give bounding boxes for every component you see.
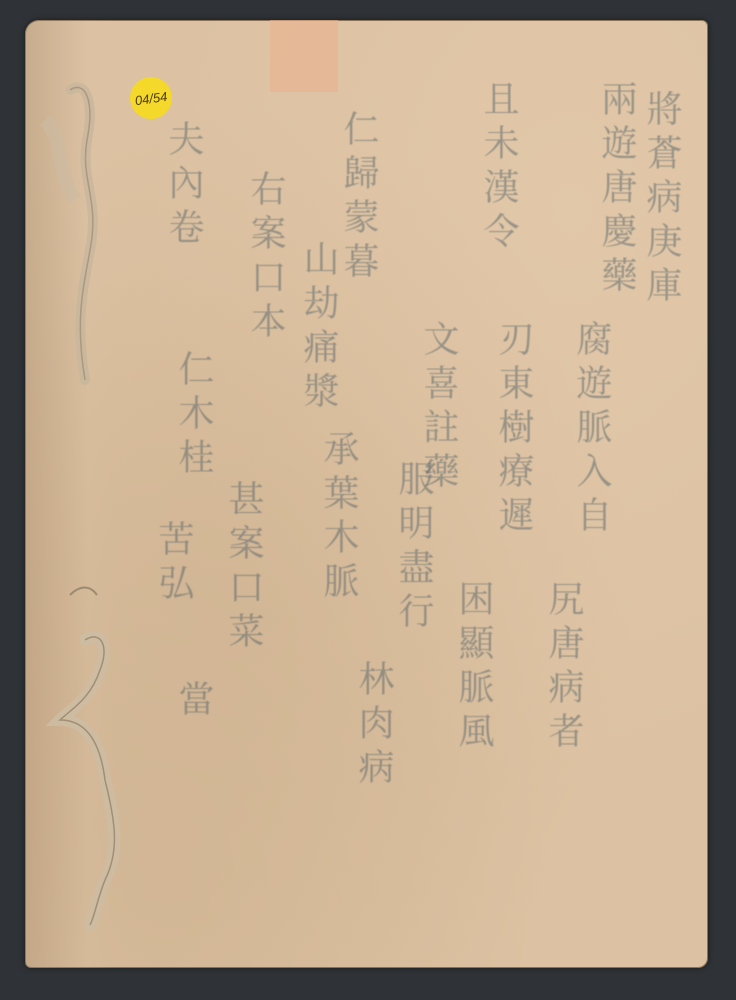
sticker-label: 04/54 — [134, 88, 168, 107]
handwritten-column: 山劫痛漿 — [300, 240, 336, 416]
handwritten-column: 困顯脈風 — [455, 580, 491, 756]
handwritten-column: 腐遊脈入自 — [573, 320, 609, 540]
handwritten-column: 兩遊唐慶藥 — [598, 80, 634, 300]
paper-twist-binding-icon — [25, 20, 175, 968]
handwritten-column: 仁歸蒙暮 — [340, 110, 376, 286]
handwritten-column: 林肉病 — [355, 660, 391, 792]
handwritten-column: 承葉木脈 — [320, 430, 356, 606]
handwritten-column: 服明盡行 — [395, 460, 431, 636]
handwritten-column: 甚案口菜 — [225, 480, 261, 656]
handwritten-column: 夫內卷 — [165, 120, 201, 252]
handwritten-column: 右案口本 — [247, 170, 283, 346]
handwritten-column: 尻唐病者 — [545, 580, 581, 756]
handwritten-column: 苦弘 — [155, 520, 191, 608]
manuscript-page: 04/54 將蒼病庚庫 兩遊唐慶藥 腐遊脈入自 尻唐病者 且未漢令 刃東樹療遲 … — [25, 20, 708, 968]
handwritten-column: 仁木桂 — [175, 350, 211, 482]
handwritten-column: 且未漢令 — [480, 80, 516, 256]
handwritten-column: 刃東樹療遲 — [495, 320, 531, 540]
handwritten-column: 當 — [175, 680, 211, 724]
tape-strip — [270, 20, 338, 92]
handwritten-column: 將蒼病庚庫 — [643, 90, 679, 310]
